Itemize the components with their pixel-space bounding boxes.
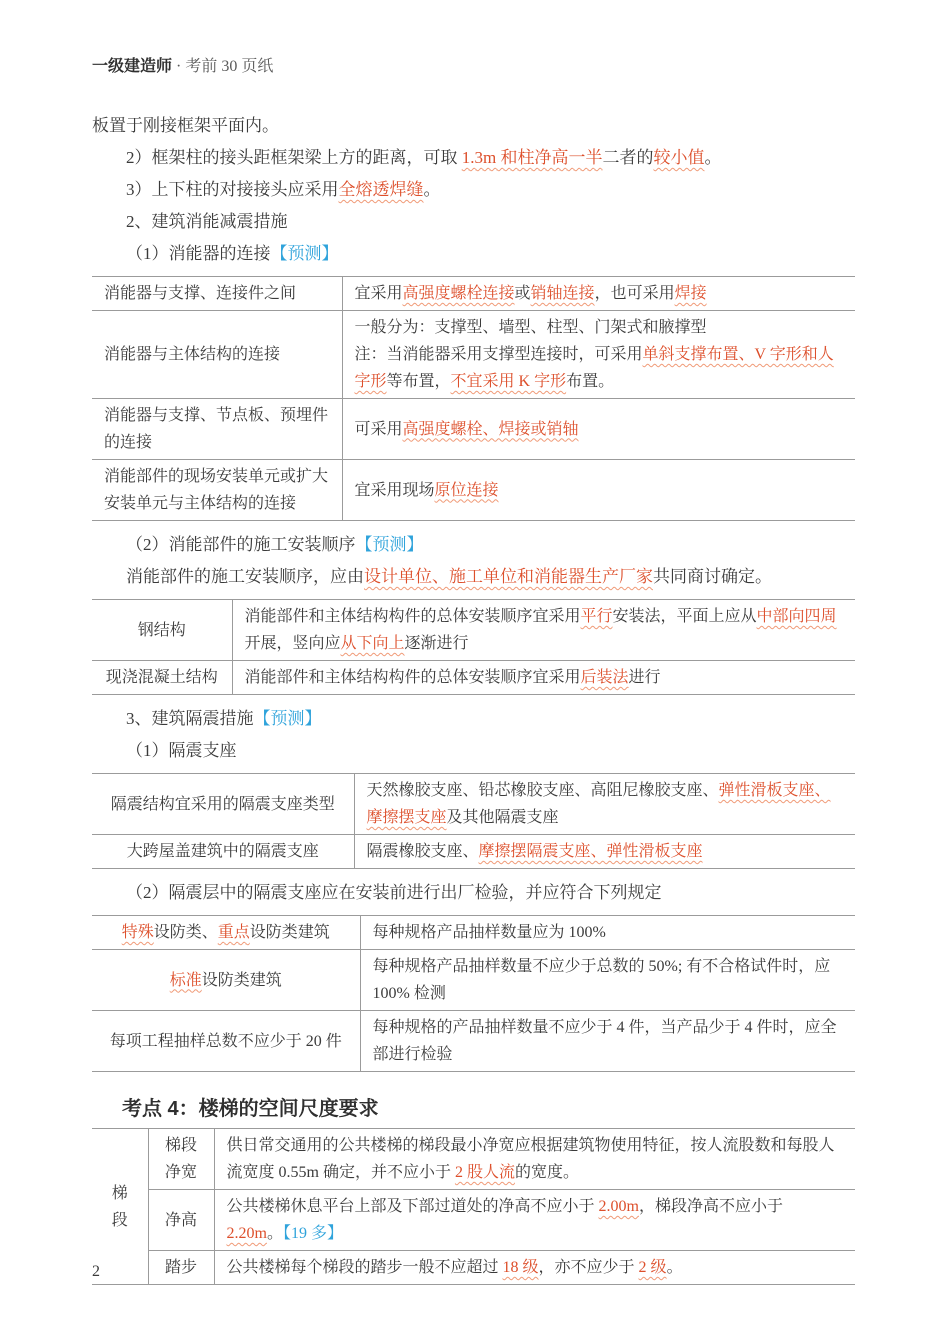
page-number: 2 <box>92 1263 100 1281</box>
row-label-cell: 消能器与主体结构的连接 <box>92 311 342 399</box>
paragraph-item-2: 2）框架柱的接头距框架梁上方的距离，可取 1.3m 和柱净高一半二者的较小值。 <box>92 142 855 174</box>
table-row: 消能器与主体结构的连接 一般分为：支撑型、墙型、柱型、门架式和腋撑型注：当消能器… <box>92 311 855 399</box>
table-row: 消能器与支撑、节点板、预埋件的连接 可采用高强度螺栓、焊接或销轴 <box>92 399 855 460</box>
row-label-cell: 标准设防类建筑 <box>92 950 360 1011</box>
table-row: 特殊设防类、重点设防类建筑 每种规格产品抽样数量应为 100% <box>92 916 855 950</box>
section-heading-3: 3、建筑隔震措施【预测】 <box>92 703 855 735</box>
table-row: 消能部件的现场安装单元或扩大安装单元与主体结构的连接 宜采用现场原位连接 <box>92 460 855 521</box>
kaodian-4-heading: 考点 4：楼梯的空间尺度要求 <box>122 1096 855 1122</box>
row-label-cell: 踏步 <box>148 1251 214 1285</box>
row-content-cell: 每种规格产品抽样数量不应少于总数的 50%; 有不合格试件时，应 100% 检测 <box>360 950 855 1011</box>
table-factory-inspection: 特殊设防类、重点设防类建筑 每种规格产品抽样数量应为 100% 标准设防类建筑 … <box>92 915 855 1072</box>
table-row: 净高 公共楼梯休息平台上部及下部过道处的净高不应小于 2.00m，梯段净高不应小… <box>92 1190 855 1251</box>
row-label-cell: 钢结构 <box>92 600 232 661</box>
row-label-cell: 消能器与支撑、节点板、预埋件的连接 <box>92 399 342 460</box>
row-label-cell: 隔震结构宜采用的隔震支座类型 <box>92 774 354 835</box>
row-label-cell: 消能器与支撑、连接件之间 <box>92 277 342 311</box>
row-label-cell: 大跨屋盖建筑中的隔震支座 <box>92 835 354 869</box>
table-installation-order: 钢结构 消能部件和主体结构构件的总体安装顺序宜采用平行安装法，平面上应从中部向四… <box>92 599 855 695</box>
row-content-cell: 消能部件和主体结构构件的总体安装顺序宜采用平行安装法，平面上应从中部向四周开展，… <box>232 600 855 661</box>
subsection-heading-3-1: （1）隔震支座 <box>92 735 855 767</box>
table-row: 踏步 公共楼梯每个梯段的踏步一般不应超过 18 级，亦不应少于 2 级。 <box>92 1251 855 1285</box>
row-content-cell: 每种规格产品抽样数量应为 100% <box>360 916 855 950</box>
header-separator: · <box>172 58 185 75</box>
document-page: 一级建造师·考前 30 页纸 板置于刚接框架平面内。 2）框架柱的接头距框架梁上… <box>0 0 950 1333</box>
row-content-cell: 供日常交通用的公共楼梯的梯段最小净宽应根据建筑物使用特征，按人流股数和每股人流宽… <box>214 1129 855 1190</box>
subsection-heading-2-2: （2）消能部件的施工安装顺序【预测】 <box>92 529 855 561</box>
table-stair-dimensions: 梯段 梯段净宽 供日常交通用的公共楼梯的梯段最小净宽应根据建筑物使用特征，按人流… <box>92 1128 855 1285</box>
row-label-cell: 每项工程抽样总数不应少于 20 件 <box>92 1011 360 1072</box>
row-content-cell: 宜采用现场原位连接 <box>342 460 855 521</box>
row-content-cell: 一般分为：支撑型、墙型、柱型、门架式和腋撑型注：当消能器采用支撑型连接时，可采用… <box>342 311 855 399</box>
row-content-cell: 公共楼梯休息平台上部及下部过道处的净高不应小于 2.00m，梯段净高不应小于 2… <box>214 1190 855 1251</box>
row-content-cell: 每种规格的产品抽样数量不应少于 4 件，当产品少于 4 件时，应全部进行检验 <box>360 1011 855 1072</box>
group-label-cell: 梯段 <box>92 1129 148 1285</box>
row-content-cell: 公共楼梯每个梯段的踏步一般不应超过 18 级，亦不应少于 2 级。 <box>214 1251 855 1285</box>
table-row: 梯段 梯段净宽 供日常交通用的公共楼梯的梯段最小净宽应根据建筑物使用特征，按人流… <box>92 1129 855 1190</box>
table-row: 钢结构 消能部件和主体结构构件的总体安装顺序宜采用平行安装法，平面上应从中部向四… <box>92 600 855 661</box>
row-content-cell: 天然橡胶支座、铅芯橡胶支座、高阻尼橡胶支座、弹性滑板支座、摩擦摆支座及其他隔震支… <box>354 774 855 835</box>
table-row: 消能器与支撑、连接件之间 宜采用高强度螺栓连接或销轴连接，也可采用焊接 <box>92 277 855 311</box>
table-row: 大跨屋盖建筑中的隔震支座 隔震橡胶支座、摩擦摆隔震支座、弹性滑板支座 <box>92 835 855 869</box>
page-subtitle: 考前 30 页纸 <box>185 58 273 75</box>
table-isolation-bearing-types: 隔震结构宜采用的隔震支座类型 天然橡胶支座、铅芯橡胶支座、高阻尼橡胶支座、弹性滑… <box>92 773 855 869</box>
table-row: 标准设防类建筑 每种规格产品抽样数量不应少于总数的 50%; 有不合格试件时，应… <box>92 950 855 1011</box>
table-damper-connection: 消能器与支撑、连接件之间 宜采用高强度螺栓连接或销轴连接，也可采用焊接 消能器与… <box>92 276 855 521</box>
brand-title: 一级建造师 <box>92 58 172 75</box>
row-content-cell: 隔震橡胶支座、摩擦摆隔震支座、弹性滑板支座 <box>354 835 855 869</box>
row-label-cell: 净高 <box>148 1190 214 1251</box>
row-label-cell: 现浇混凝土结构 <box>92 661 232 695</box>
paragraph-continuation: 板置于刚接框架平面内。 <box>92 110 855 142</box>
row-label-cell: 特殊设防类、重点设防类建筑 <box>92 916 360 950</box>
paragraph-install-order: 消能部件的施工安装顺序，应由设计单位、施工单位和消能器生产厂家共同商讨确定。 <box>92 561 855 593</box>
page-header: 一级建造师·考前 30 页纸 <box>92 56 855 78</box>
section-heading-2: 2、建筑消能减震措施 <box>92 206 855 238</box>
table-row: 每项工程抽样总数不应少于 20 件 每种规格的产品抽样数量不应少于 4 件，当产… <box>92 1011 855 1072</box>
page-content: 一级建造师·考前 30 页纸 板置于刚接框架平面内。 2）框架柱的接头距框架梁上… <box>0 0 950 1285</box>
row-label-cell: 消能部件的现场安装单元或扩大安装单元与主体结构的连接 <box>92 460 342 521</box>
row-label-cell: 梯段净宽 <box>148 1129 214 1190</box>
row-content-cell: 宜采用高强度螺栓连接或销轴连接，也可采用焊接 <box>342 277 855 311</box>
subsection-heading-3-2: （2）隔震层中的隔震支座应在安装前进行出厂检验，并应符合下列规定 <box>92 877 855 909</box>
subsection-heading-2-1: （1）消能器的连接【预测】 <box>92 238 855 270</box>
row-content-cell: 消能部件和主体结构构件的总体安装顺序宜采用后装法进行 <box>232 661 855 695</box>
row-content-cell: 可采用高强度螺栓、焊接或销轴 <box>342 399 855 460</box>
paragraph-item-3: 3）上下柱的对接接头应采用全熔透焊缝。 <box>92 174 855 206</box>
table-row: 隔震结构宜采用的隔震支座类型 天然橡胶支座、铅芯橡胶支座、高阻尼橡胶支座、弹性滑… <box>92 774 855 835</box>
table-row: 现浇混凝土结构 消能部件和主体结构构件的总体安装顺序宜采用后装法进行 <box>92 661 855 695</box>
